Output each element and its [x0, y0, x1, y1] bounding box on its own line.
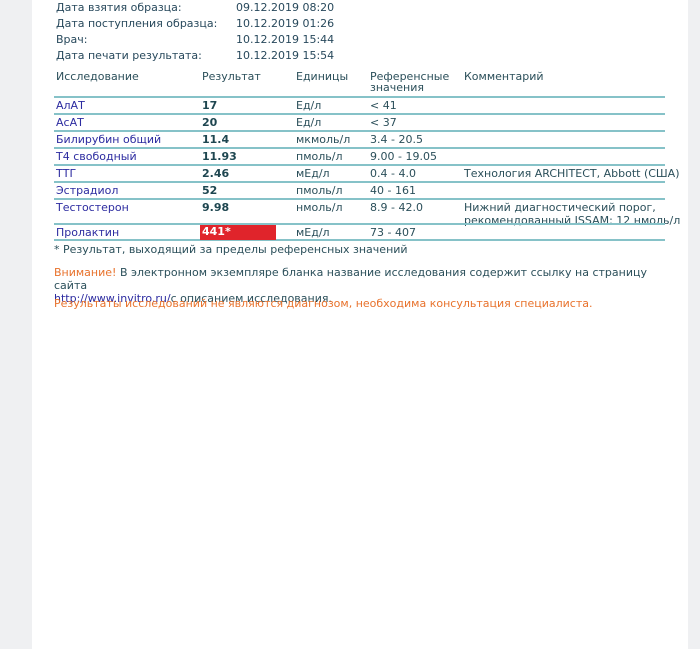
header-reference-line2: значения [370, 81, 424, 94]
footnote: * Результат, выходящий за пределы рефере… [54, 243, 408, 256]
table-row: АсАТ 20 Ед/л < 37 [54, 113, 665, 130]
result-value-out-of-range: 441* [200, 225, 276, 240]
warning-text: В электронном экземпляре бланка название… [54, 266, 647, 292]
table-row: Тестостерон 9.98 нмоль/л 8.9 - 42.0 Нижн… [54, 198, 665, 223]
table-row: АлАТ 17 Ед/л < 41 [54, 96, 665, 113]
meta-value: 09.12.2019 08:20 [236, 0, 334, 16]
disclaimer: Результаты исследований не являются диаг… [54, 297, 593, 310]
comment-line1: Нижний диагностический порог, [464, 201, 656, 214]
test-name-link[interactable]: Т4 свободный [56, 150, 137, 163]
test-name-link[interactable]: ТТГ [56, 167, 76, 180]
header-reference: Референсные значения [370, 71, 449, 93]
reference-range: 3.4 - 20.5 [370, 133, 423, 146]
warning-accent: Внимание! [54, 266, 116, 279]
table-header: Исследование Результат Единицы Референсн… [54, 70, 665, 96]
reference-range: < 37 [370, 116, 397, 129]
reference-range: 73 - 407 [370, 226, 416, 239]
meta-label: Врач: [56, 32, 87, 48]
meta-label: Дата взятия образца: [56, 0, 182, 16]
meta-label: Дата печати результата: [56, 48, 202, 64]
doctor-row: Врач: 10.12.2019 15:44 [56, 32, 456, 48]
header-test: Исследование [56, 71, 139, 82]
results-table: Исследование Результат Единицы Референсн… [54, 70, 665, 241]
units: пмоль/л [296, 184, 342, 197]
sample-date-row: Дата взятия образца: 09.12.2019 08:20 [56, 0, 456, 16]
table-row-flagged: Пролактин 441* мЕд/л 73 - 407 [54, 223, 665, 241]
result-value: 17 [202, 99, 217, 112]
table-row: ТТГ 2.46 мЕд/л 0.4 - 4.0 Технология ARCH… [54, 164, 665, 181]
units: нмоль/л [296, 201, 342, 214]
result-value: 20 [202, 116, 217, 129]
meta-value: 10.12.2019 01:26 [236, 16, 334, 32]
reference-range: 9.00 - 19.05 [370, 150, 437, 163]
test-name-link[interactable]: АсАТ [56, 116, 84, 129]
result-value: 52 [202, 184, 217, 197]
units: Ед/л [296, 99, 321, 112]
reference-range: 40 - 161 [370, 184, 416, 197]
units: пмоль/л [296, 150, 342, 163]
reference-range: 0.4 - 4.0 [370, 167, 416, 180]
table-row: Эстрадиол 52 пмоль/л 40 - 161 [54, 181, 665, 198]
units: мкмоль/л [296, 133, 350, 146]
meta-value: 10.12.2019 15:54 [236, 48, 334, 64]
meta-label: Дата поступления образца: [56, 16, 217, 32]
table-row: Билирубин общий 11.4 мкмоль/л 3.4 - 20.5 [54, 130, 665, 147]
result-value: 11.4 [202, 133, 229, 146]
header-result: Результат [202, 71, 261, 82]
result-value: 2.46 [202, 167, 229, 180]
comment: Технология ARCHITECT, Abbott (США) [464, 167, 680, 180]
test-name-link[interactable]: Эстрадиол [56, 184, 118, 197]
header-units: Единицы [296, 71, 348, 82]
test-name-link[interactable]: Билирубин общий [56, 133, 161, 146]
print-date-row: Дата печати результата: 10.12.2019 15:54 [56, 48, 456, 64]
units: мЕд/л [296, 167, 330, 180]
units: мЕд/л [296, 226, 330, 239]
sample-info: Дата взятия образца: 09.12.2019 08:20 Да… [56, 0, 456, 64]
header-comment: Комментарий [464, 71, 544, 82]
report-page: Дата взятия образца: 09.12.2019 08:20 Да… [32, 0, 688, 649]
received-date-row: Дата поступления образца: 10.12.2019 01:… [56, 16, 456, 32]
test-name-link[interactable]: АлАТ [56, 99, 85, 112]
reference-range: < 41 [370, 99, 397, 112]
test-name-link[interactable]: Тестостерон [56, 201, 129, 214]
result-value: 9.98 [202, 201, 229, 214]
result-value: 11.93 [202, 150, 237, 163]
units: Ед/л [296, 116, 321, 129]
meta-value: 10.12.2019 15:44 [236, 32, 334, 48]
table-row: Т4 свободный 11.93 пмоль/л 9.00 - 19.05 [54, 147, 665, 164]
reference-range: 8.9 - 42.0 [370, 201, 423, 214]
test-name-link[interactable]: Пролактин [56, 226, 119, 239]
